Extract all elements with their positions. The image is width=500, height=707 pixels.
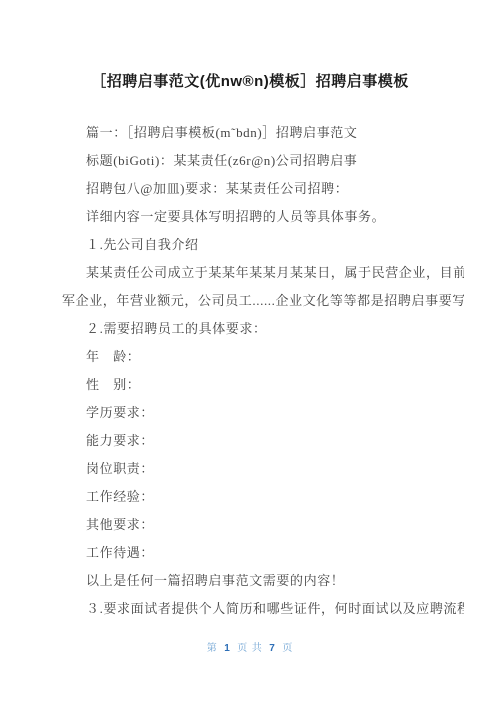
document-line: 工作待遇： bbox=[62, 539, 464, 567]
document-body: 篇一：［招聘启事模板(m˜bdn)］招聘启事范文标题(biGoti)：某某责任(… bbox=[62, 119, 464, 623]
page-footer: 第 1 页 共 7 页 bbox=[0, 642, 500, 656]
document-line: ３.要求面试者提供个人简历和哪些证件，何时面试以及应聘流程。 bbox=[62, 595, 464, 623]
document-line: 标题(biGoti)：某某责任(z6r@n)公司招聘启事 bbox=[62, 147, 464, 175]
footer-total-pages: 7 bbox=[269, 643, 276, 654]
document-line: 其他要求： bbox=[62, 511, 464, 539]
document-title: ［招聘启事范文(优nw®n)模板］招聘启事模板 bbox=[0, 70, 500, 91]
document-line: 岗位职责： bbox=[62, 455, 464, 483]
document-line: 招聘包八@加皿)要求：某某责任公司招聘： bbox=[62, 175, 464, 203]
document-line: 能力要求： bbox=[62, 427, 464, 455]
document-line: 某某责任公司成立于某某年某某月某某日，属于民营企业，目前为行业领 bbox=[62, 259, 464, 287]
document-line: 军企业，年营业额元，公司员工......企业文化等等都是招聘启事要写清楚的。 bbox=[62, 287, 464, 315]
document-line: 年 龄： bbox=[62, 343, 464, 371]
footer-page-number: 1 bbox=[224, 643, 231, 654]
footer-label-ye1: 页 bbox=[237, 643, 248, 654]
footer-label-gong: 共 bbox=[252, 643, 263, 654]
document-line: １.先公司自我介绍 bbox=[62, 231, 464, 259]
document-line: ２.需要招聘员工的具体要求： bbox=[62, 315, 464, 343]
document-line: 性 别： bbox=[62, 371, 464, 399]
document-line: 以上是任何一篇招聘启事范文需要的内容！ bbox=[62, 567, 464, 595]
footer-label-ye2: 页 bbox=[282, 643, 293, 654]
document-line: 详细内容一定要具体写明招聘的人员等具体事务。 bbox=[62, 203, 464, 231]
document-line: 篇一：［招聘启事模板(m˜bdn)］招聘启事范文 bbox=[62, 119, 464, 147]
document-line: 工作经验： bbox=[62, 483, 464, 511]
document-page: ［招聘启事范文(优nw®n)模板］招聘启事模板 篇一：［招聘启事模板(m˜bdn… bbox=[0, 0, 500, 707]
document-line: 学历要求： bbox=[62, 399, 464, 427]
footer-label-di: 第 bbox=[207, 643, 218, 654]
